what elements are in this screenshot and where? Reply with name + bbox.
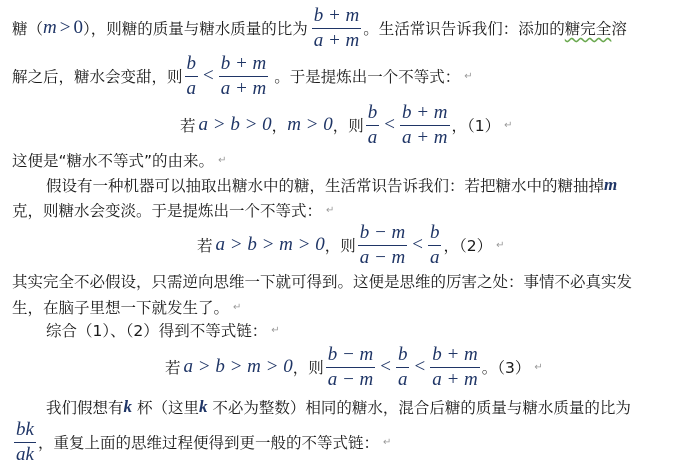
denominator: a [396, 370, 410, 390]
para4-line2: 生，在脑子里想一下就发生了。 ↵ [12, 297, 241, 317]
math-op: < [411, 356, 428, 378]
fraction-bar [312, 28, 362, 29]
denominator: a + m [430, 370, 480, 390]
math-var: k [199, 397, 208, 417]
paragraph-mark-icon: ↵ [534, 362, 542, 373]
text: ，则 [325, 234, 356, 256]
fraction-b-over-a: b a [366, 103, 380, 148]
numerator: b + m [312, 6, 362, 26]
math-op: < [377, 356, 394, 378]
fraction-bar [185, 76, 199, 77]
text: 其实完全不必假设，只需逆向思维一下就可得到。这便是思维的厉害之处：事情不必真实发 [12, 270, 632, 292]
text: 这便是“糖水不等式”的由来。 [12, 149, 214, 171]
denominator: ak [14, 445, 36, 465]
fraction-bar [219, 76, 269, 77]
text: 。生活常识告诉我们：添加的 [363, 17, 565, 39]
paragraph-mark-icon: ↵ [464, 71, 472, 82]
fraction-b-over-a: b a [396, 345, 410, 390]
text: 若 [180, 114, 196, 136]
math-var: k [124, 397, 133, 417]
math-num: 0 [73, 17, 83, 39]
para5: 综合（1）、（2）得到不等式链： ↵ [46, 320, 280, 340]
text: 若 [197, 234, 213, 256]
paragraph-mark-icon: ↵ [218, 155, 226, 166]
paragraph-mark-icon: ↵ [271, 325, 279, 336]
denominator: a [428, 248, 442, 268]
numerator: b − m [326, 345, 376, 365]
fraction-bar [14, 442, 36, 443]
fraction-bk-over-ak: bk ak [14, 420, 36, 465]
text: ， [272, 114, 288, 136]
text: ），则糖的质量与糖水质量的比为 [83, 17, 308, 39]
para2: 这便是“糖水不等式”的由来。 ↵ [12, 150, 226, 170]
math-op: < [409, 234, 426, 256]
math-op: < [200, 65, 217, 87]
numerator: b [185, 54, 199, 74]
text: 不必为整数）相同的糖水，混合后糖的质量与糖水质量的比为 [207, 396, 630, 418]
math-condition: m > 0 [287, 114, 333, 136]
denominator: a [185, 79, 199, 99]
text: 生，在脑子里想一下就发生了。 [12, 296, 229, 318]
fraction-b-plus-m-over-a-plus-m: b + m a + m [400, 103, 450, 148]
denominator: a + m [219, 79, 269, 99]
fraction-bar [358, 245, 408, 246]
numerator: b − m [358, 223, 408, 243]
paragraph-mark-icon: ↵ [496, 240, 504, 251]
text: 糖（ [12, 17, 43, 39]
fraction-b-over-a: b a [185, 54, 199, 99]
text: 。于是提炼出一个不等式： [274, 65, 460, 87]
fraction-bar [430, 367, 480, 368]
numerator: b + m [430, 345, 480, 365]
text: 杯（这里 [132, 396, 199, 418]
math-op: < [381, 114, 398, 136]
para6-line2: bk ak ，重复上面的思维过程便得到更一般的不等式链： ↵ [14, 420, 391, 464]
denominator: a + m [312, 31, 362, 51]
math-var: m [604, 175, 617, 195]
fraction-b-plus-m-over-a-plus-m: b + m a + m [312, 6, 362, 51]
paragraph-mark-icon: ↵ [383, 437, 391, 448]
fraction-bar [428, 245, 442, 246]
fraction-b-plus-m-over-a-plus-m: b + m a + m [430, 345, 480, 390]
para6-line1: 我们假想有 k 杯（这里 k 不必为整数）相同的糖水，混合后糖的质量与糖水质量的… [46, 397, 631, 417]
fraction-b-minus-m-over-a-minus-m: b − m a − m [358, 223, 408, 268]
formula-1: 若 a > b > 0 ， m > 0 ，则 b a < b + m a + m… [180, 103, 513, 147]
numerator: b [428, 223, 442, 243]
denominator: a − m [358, 248, 408, 268]
equation-label: 。（3） [482, 356, 531, 378]
numerator: bk [14, 420, 36, 440]
text: 假设有一种机器可以抽取出糖水中的糖，生活常识告诉我们：若把糖水中的糖抽掉 [46, 174, 604, 196]
formula-2: 若 a > b > m > 0 ，则 b − m a − m < b a ，（2… [197, 223, 505, 267]
text: 溶 [611, 17, 627, 39]
spellcheck-underlined-text: 糖完全 [565, 17, 612, 39]
fraction-bar [326, 367, 376, 368]
fraction-b-minus-m-over-a-minus-m: b − m a − m [326, 345, 376, 390]
para1-line2: 解之后，糖水会变甜，则 b a < b + m a + m 。于是提炼出一个不等… [12, 54, 473, 98]
numerator: b + m [219, 54, 269, 74]
para1-line1: 糖（ m > 0 ），则糖的质量与糖水质量的比为 b + m a + m 。生活… [12, 6, 627, 50]
para4-line1: 其实完全不必假设，只需逆向思维一下就可得到。这便是思维的厉害之处：事情不必真实发 [12, 271, 632, 291]
formula-3: 若 a > b > m > 0 ，则 b − m a − m < b a < b… [165, 345, 543, 389]
fraction-b-plus-m-over-a-plus-m: b + m a + m [219, 54, 269, 99]
text: 综合（1）、（2）得到不等式链： [46, 319, 267, 341]
fraction-b-over-a: b a [428, 223, 442, 268]
math-var: m [43, 17, 57, 39]
math-op: > [57, 17, 74, 39]
text: ，则 [293, 356, 324, 378]
numerator: b [396, 345, 410, 365]
math-condition: a > b > m > 0 [184, 356, 293, 378]
text: 解之后，糖水会变甜，则 [12, 65, 183, 87]
equation-label: ，（2） [443, 234, 492, 256]
text: 克，则糖水会变淡。于是提炼出一个不等式： [12, 199, 322, 221]
fraction-bar [366, 125, 380, 126]
text: 我们假想有 [46, 396, 124, 418]
paragraph-mark-icon: ↵ [233, 302, 241, 313]
paragraph-mark-icon: ↵ [326, 205, 334, 216]
math-condition: a > b > 0 [199, 114, 272, 136]
text: ，重复上面的思维过程便得到更一般的不等式链： [38, 431, 379, 453]
fraction-bar [396, 367, 410, 368]
equation-label: ，（1） [452, 114, 501, 136]
denominator: a [366, 128, 380, 148]
text: 若 [165, 356, 181, 378]
math-condition: a > b > m > 0 [216, 234, 325, 256]
denominator: a + m [400, 128, 450, 148]
paragraph-mark-icon: ↵ [504, 120, 512, 131]
para3-line2: 克，则糖水会变淡。于是提炼出一个不等式： ↵ [12, 200, 334, 220]
numerator: b [366, 103, 380, 123]
numerator: b + m [400, 103, 450, 123]
denominator: a − m [326, 370, 376, 390]
fraction-bar [400, 125, 450, 126]
text: ，则 [333, 114, 364, 136]
para3-line1: 假设有一种机器可以抽取出糖水中的糖，生活常识告诉我们：若把糖水中的糖抽掉 m [46, 175, 617, 195]
